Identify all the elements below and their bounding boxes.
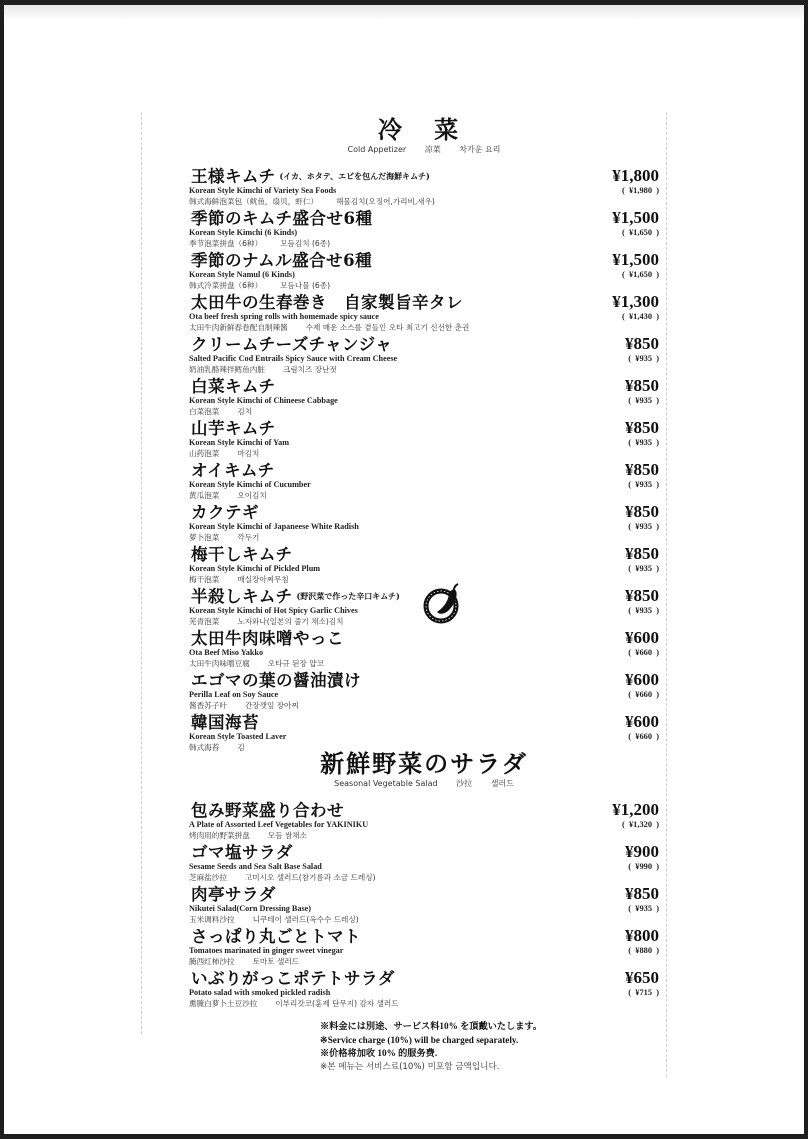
item-name-cn-kr: 太田牛肉味噌豆腐오타규 된장 얍코 bbox=[189, 659, 324, 669]
item-price-with-tax: ( ¥660 ) bbox=[628, 648, 659, 658]
item-name-kr: 이부리갓코(훈제 단무지) 감자 샐러드 bbox=[275, 999, 398, 1008]
item-name-cn-kr: 太田牛肉新鲜春卷配自制辣酱수제 매운 소스를 곁들인 오타 최고기 신선한 춘권 bbox=[189, 323, 469, 333]
item-name-kr: 모듬 쌈채소 bbox=[268, 831, 307, 840]
item-price: ¥800 bbox=[625, 927, 659, 945]
menu-item-1-1: ゴマ塩サラダ Sesame Seeds and Sea Salt Base Sa… bbox=[189, 842, 659, 884]
item-price-with-tax: ( ¥1,430 ) bbox=[622, 312, 659, 322]
item-name-kr: 오이김치 bbox=[237, 491, 266, 500]
item-price: ¥600 bbox=[625, 671, 659, 689]
item-price: ¥1,800 bbox=[612, 167, 659, 185]
item-name-en: Korean Style Kimchi of Yam bbox=[189, 438, 289, 448]
item-note: (イカ、ホタテ、エビを包んだ海鮮キムチ) bbox=[280, 171, 430, 181]
left-guide-line bbox=[141, 112, 142, 1034]
item-name-en: Korean Style Kimchi of Pickled Plum bbox=[189, 564, 320, 574]
item-name-jp-text: 太田牛の生春巻き 自家製旨辛タレ bbox=[191, 293, 463, 312]
item-price-with-tax: ( ¥935 ) bbox=[628, 480, 659, 490]
item-name-en: Perilla Leaf on Soy Sauce bbox=[189, 690, 278, 700]
item-price: ¥900 bbox=[625, 843, 659, 861]
item-name-jp-text: カクテギ bbox=[191, 503, 259, 522]
item-name-jp: カクテギ bbox=[191, 502, 263, 523]
item-price: ¥600 bbox=[625, 629, 659, 647]
item-name-jp: さっぱり丸ごとトマト bbox=[191, 926, 365, 947]
item-name-cn-kr: 黄瓜泡菜오이김치 bbox=[189, 491, 267, 501]
section-title: 新鮮野菜のサラダ bbox=[189, 750, 659, 778]
item-name-en: Korean Style Kimchi of Japaneese White R… bbox=[189, 522, 359, 532]
item-name-kr: 오타규 된장 얍코 bbox=[268, 659, 324, 668]
item-name-cn-kr: 韩式冷菜拼盘（6种）모듬나물 (6종) bbox=[189, 281, 330, 291]
item-name-cn: 芜青泡菜 bbox=[189, 617, 219, 626]
item-price-with-tax: ( ¥990 ) bbox=[628, 862, 659, 872]
item-name-kr: 모듬나물 (6종) bbox=[280, 281, 330, 290]
item-name-en: Korean Style Kimchi of Cucumber bbox=[189, 480, 311, 490]
menu-item-0-7: オイキムチ Korean Style Kimchi of Cucumber 黄瓜… bbox=[189, 460, 659, 502]
item-name-jp-text: 季節のキムチ盛合せ6種 bbox=[191, 209, 373, 228]
item-price-with-tax: ( ¥1,650 ) bbox=[622, 270, 659, 280]
item-name-en: Sesame Seeds and Sea Salt Base Salad bbox=[189, 862, 322, 872]
item-note: (野沢菜で作った辛口キムチ) bbox=[297, 591, 400, 601]
item-name-jp: いぶりがっこポテトサラダ bbox=[191, 968, 399, 989]
item-price-with-tax: ( ¥935 ) bbox=[628, 606, 659, 616]
item-price-with-tax: ( ¥1,320 ) bbox=[622, 820, 659, 830]
item-name-cn: 奶油乳酪辣拌鳕鱼内脏 bbox=[189, 365, 265, 374]
menu-item-1-0: 包み野菜盛り合わせ A Plate of Assorted Leef Veget… bbox=[189, 800, 659, 842]
item-name-jp-text: 王様キムチ bbox=[191, 167, 276, 186]
item-name-cn-kr: 玉米调料沙拉니쿠테이 샐러드(옥수수 드레싱) bbox=[189, 915, 359, 925]
section-subtitle: Seasonal Vegetable Salad 沙拉 샐러드 bbox=[189, 778, 659, 790]
menu-item-1-2: 肉亭サラダ Nikutei Salad(Corn Dressing Base) … bbox=[189, 884, 659, 926]
item-name-kr: 수제 매운 소스를 곁들인 오타 최고기 신선한 춘권 bbox=[306, 323, 470, 332]
item-price: ¥850 bbox=[625, 545, 659, 563]
item-name-jp: 白菜キムチ bbox=[191, 376, 280, 397]
item-name-jp-text: 半殺しキムチ bbox=[191, 587, 293, 606]
menu-item-0-12: エゴマの葉の醤油漬け Perilla Leaf on Soy Sauce 酱香苏… bbox=[189, 670, 659, 712]
item-name-jp-text: さっぱり丸ごとトマト bbox=[191, 927, 361, 946]
item-price: ¥1,200 bbox=[612, 801, 659, 819]
item-name-en: Korean Style Kimchi of Variety Sea Foods bbox=[189, 186, 336, 196]
item-name-cn-kr: 熏腌白萝卜土豆沙拉이부리갓코(훈제 단무지) 감자 샐러드 bbox=[189, 999, 399, 1009]
item-name-jp-text: ゴマ塩サラダ bbox=[191, 843, 293, 862]
item-name-cn-kr: 山药泡菜마김치 bbox=[189, 449, 259, 459]
item-name-en: Potato salad with smoked pickled radish bbox=[189, 988, 330, 998]
item-name-cn: 熏腌白萝卜土豆沙拉 bbox=[189, 999, 257, 1008]
item-name-jp-text: 太田牛肉味噌やっこ bbox=[191, 629, 344, 648]
item-name-en: Tomatoes marinated in ginger sweet vineg… bbox=[189, 946, 343, 956]
item-name-jp-text: 梅干しキムチ bbox=[191, 545, 293, 564]
subtitle-en: Seasonal Vegetable Salad bbox=[334, 779, 437, 788]
item-name-jp: 肉亭サラダ bbox=[191, 884, 280, 905]
item-name-en: Ota beef fresh spring rolls with homemad… bbox=[189, 312, 379, 322]
item-name-cn: 腌西红柿沙拉 bbox=[189, 957, 235, 966]
menu-item-0-13: 韓国海苔 Korean Style Toasted Laver 韩式海苔김 ¥6… bbox=[189, 712, 659, 754]
item-name-cn: 梅干泡菜 bbox=[189, 575, 219, 584]
item-price-with-tax: ( ¥935 ) bbox=[628, 522, 659, 532]
item-price-with-tax: ( ¥660 ) bbox=[628, 690, 659, 700]
item-name-kr: 노자와나(일본의 줄기 채소)김치 bbox=[237, 617, 343, 626]
item-name-jp-text: 肉亭サラダ bbox=[191, 885, 276, 904]
menu-item-0-1: 季節のキムチ盛合せ6種 Korean Style Kimchi (6 Kinds… bbox=[189, 208, 659, 250]
item-name-kr: 마김치 bbox=[237, 449, 259, 458]
menu-item-0-8: カクテギ Korean Style Kimchi of Japaneese Wh… bbox=[189, 502, 659, 544]
page-top-shadow bbox=[4, 5, 804, 21]
item-name-jp-text: エゴマの葉の醤油漬け bbox=[191, 671, 361, 690]
menu-item-0-5: 白菜キムチ Korean Style Kimchi of Chineese Ca… bbox=[189, 376, 659, 418]
item-name-jp: オイキムチ bbox=[191, 460, 279, 481]
item-name-kr: 매실장아찌무침 bbox=[237, 575, 288, 584]
item-name-en: Korean Style Kimchi (6 Kinds) bbox=[189, 228, 297, 238]
item-price-with-tax: ( ¥935 ) bbox=[628, 396, 659, 406]
item-name-cn: 烤肉用的野菜拼盘 bbox=[189, 831, 250, 840]
item-name-cn: 萝卜泡菜 bbox=[189, 533, 219, 542]
item-name-jp: エゴマの葉の醤油漬け bbox=[191, 670, 365, 691]
subtitle-en: Cold Appetizer bbox=[348, 145, 407, 154]
item-name-kr: 해물김치(오징어,가리비,새우) bbox=[336, 197, 435, 206]
section-header-salad: 新鮮野菜のサラダ Seasonal Vegetable Salad 沙拉 샐러드 bbox=[189, 750, 659, 790]
item-name-en: Korean Style Namul (6 Kinds) bbox=[189, 270, 295, 280]
menu-item-0-4: クリームチーズチャンジャ Salted Pacific Cod Entrails… bbox=[189, 334, 659, 376]
item-name-jp-text: 韓国海苔 bbox=[191, 713, 259, 732]
item-name-cn-kr: 芝麻盐沙拉고미시오 샐러드(참기름과 소금 드레싱) bbox=[189, 873, 376, 883]
right-guide-line bbox=[666, 112, 667, 1077]
item-name-kr: 김치 bbox=[237, 407, 252, 416]
section-title: 冷 菜 bbox=[189, 116, 659, 144]
item-name-jp: 半殺しキムチ(野沢菜で作った辛口キムチ) bbox=[191, 586, 400, 607]
item-name-jp: 季節のナムル盛合せ6種 bbox=[191, 250, 376, 271]
item-price: ¥1,300 bbox=[612, 293, 659, 311]
subtitle-kr: 샐러드 bbox=[491, 779, 514, 788]
item-name-cn: 季节泡菜拼盘（6种） bbox=[189, 239, 262, 248]
chili-pepper-icon bbox=[421, 582, 465, 626]
menu-item-0-9: 梅干しキムチ Korean Style Kimchi of Pickled Pl… bbox=[189, 544, 659, 586]
item-price: ¥850 bbox=[625, 335, 659, 353]
item-name-jp-text: クリームチーズチャンジャ bbox=[191, 335, 392, 354]
menu-item-0-2: 季節のナムル盛合せ6種 Korean Style Namul (6 Kinds)… bbox=[189, 250, 659, 292]
item-name-cn-kr: 梅干泡菜매실장아찌무침 bbox=[189, 575, 289, 585]
item-price: ¥850 bbox=[625, 461, 659, 479]
item-price-with-tax: ( ¥715 ) bbox=[628, 988, 659, 998]
item-name-cn: 芝麻盐沙拉 bbox=[189, 873, 227, 882]
item-name-en: Korean Style Toasted Laver bbox=[189, 732, 286, 742]
item-name-kr: 간장깻잎 장아찌 bbox=[245, 701, 299, 710]
item-name-jp: 梅干しキムチ bbox=[191, 544, 297, 565]
item-price-with-tax: ( ¥1,650 ) bbox=[622, 228, 659, 238]
item-name-cn-kr: 酱香苏子叶간장깻잎 장아찌 bbox=[189, 701, 299, 711]
item-price: ¥650 bbox=[625, 969, 659, 987]
item-name-en: Nikutei Salad(Corn Dressing Base) bbox=[189, 904, 311, 914]
item-name-en: A Plate of Assorted Leef Vegetables for … bbox=[189, 820, 368, 830]
item-price-with-tax: ( ¥1,980 ) bbox=[622, 186, 659, 196]
subtitle-cn: 凉菜 bbox=[425, 145, 441, 154]
item-name-kr: 깍두기 bbox=[237, 533, 259, 542]
item-name-cn-kr: 奶油乳酪辣拌鳕鱼内脏크림치즈 장난젓 bbox=[189, 365, 337, 375]
item-name-cn-kr: 白菜泡菜김치 bbox=[189, 407, 252, 417]
section-subtitle: Cold Appetizer 凉菜 차가운 요리 bbox=[189, 144, 659, 156]
item-name-cn-kr: 季节泡菜拼盘（6种）모듬김치 (6종) bbox=[189, 239, 330, 249]
item-name-cn-kr: 芜青泡菜노자와나(일본의 줄기 채소)김치 bbox=[189, 617, 344, 627]
item-name-jp-text: 白菜キムチ bbox=[191, 377, 276, 396]
menu-item-0-11: 太田牛肉味噌やっこ Ota Beef Miso Yakko 太田牛肉味噌豆腐오타… bbox=[189, 628, 659, 670]
item-name-jp-text: 包み野菜盛り合わせ bbox=[191, 801, 344, 820]
service-charge-notes: ※料金には別途、サービス料10% を頂戴いたします。 ※Service char… bbox=[320, 1020, 620, 1074]
item-price: ¥850 bbox=[625, 885, 659, 903]
section-header-cold-appetizer: 冷 菜 Cold Appetizer 凉菜 차가운 요리 bbox=[189, 116, 659, 156]
item-name-kr: 고미시오 샐러드(참기름과 소금 드레싱) bbox=[245, 873, 376, 882]
menu-item-1-3: さっぱり丸ごとトマト Tomatoes marinated in ginger … bbox=[189, 926, 659, 968]
menu-page: 冷 菜 Cold Appetizer 凉菜 차가운 요리 王様キムチ(イカ、ホタ… bbox=[4, 5, 804, 1134]
item-price: ¥1,500 bbox=[612, 209, 659, 227]
item-name-en: Korean Style Kimchi of Chineese Cabbage bbox=[189, 396, 338, 406]
item-name-cn: 白菜泡菜 bbox=[189, 407, 219, 416]
item-name-cn: 山药泡菜 bbox=[189, 449, 219, 458]
item-price: ¥1,500 bbox=[612, 251, 659, 269]
item-name-en: Korean Style Kimchi of Hot Spicy Garlic … bbox=[189, 606, 358, 616]
item-name-jp: ゴマ塩サラダ bbox=[191, 842, 297, 863]
item-name-cn: 黄瓜泡菜 bbox=[189, 491, 219, 500]
note-cn: ※价格将加收 10% 的服务费. bbox=[320, 1047, 620, 1061]
item-name-cn: 酱香苏子叶 bbox=[189, 701, 227, 710]
item-name-cn: 太田牛肉味噌豆腐 bbox=[189, 659, 250, 668]
item-name-jp: 太田牛肉味噌やっこ bbox=[191, 628, 348, 649]
item-name-jp-text: 季節のナムル盛合せ6種 bbox=[191, 251, 372, 270]
subtitle-cn: 沙拉 bbox=[456, 779, 472, 788]
item-name-jp-text: オイキムチ bbox=[191, 461, 275, 480]
item-name-kr: 크림치즈 장난젓 bbox=[283, 365, 337, 374]
item-name-jp-text: いぶりがっこポテトサラダ bbox=[191, 969, 395, 988]
item-price-with-tax: ( ¥935 ) bbox=[628, 564, 659, 574]
menu-item-1-4: いぶりがっこポテトサラダ Potato salad with smoked pi… bbox=[189, 968, 659, 1010]
subtitle-kr: 차가운 요리 bbox=[459, 145, 500, 154]
note-jp: ※料金には別途、サービス料10% を頂戴いたします。 bbox=[320, 1020, 620, 1034]
item-name-jp-text: 山芋キムチ bbox=[191, 419, 276, 438]
item-name-cn-kr: 烤肉用的野菜拼盘모듬 쌈채소 bbox=[189, 831, 307, 841]
menu-item-0-0: 王様キムチ(イカ、ホタテ、エビを包んだ海鮮キムチ) Korean Style K… bbox=[189, 166, 659, 208]
item-price: ¥850 bbox=[625, 587, 659, 605]
item-name-jp: 季節のキムチ盛合せ6種 bbox=[191, 208, 377, 229]
item-name-kr: 토마토 샐러드 bbox=[253, 957, 299, 966]
menu-item-0-10: 半殺しキムチ(野沢菜で作った辛口キムチ) Korean Style Kimchi… bbox=[189, 586, 659, 628]
menu-item-0-3: 太田牛の生春巻き 自家製旨辛タレ Ota beef fresh spring r… bbox=[189, 292, 659, 334]
item-price-with-tax: ( ¥660 ) bbox=[628, 732, 659, 742]
item-name-jp: 包み野菜盛り合わせ bbox=[191, 800, 348, 821]
item-name-jp: 山芋キムチ bbox=[191, 418, 280, 439]
note-kr: ※본 메뉴는 서비스료(10%) 미포함 금액입니다. bbox=[320, 1061, 620, 1075]
item-name-cn: 韩式海鲜泡菜包（鱿鱼，扇贝，虾仁） bbox=[189, 197, 318, 206]
item-name-cn-kr: 萝卜泡菜깍두기 bbox=[189, 533, 259, 543]
item-price-with-tax: ( ¥935 ) bbox=[628, 438, 659, 448]
item-name-jp: クリームチーズチャンジャ bbox=[191, 334, 396, 355]
item-name-cn: 韩式冷菜拼盘（6种） bbox=[189, 281, 262, 290]
item-name-en: Salted Pacific Cod Entrails Spicy Sauce … bbox=[189, 354, 397, 364]
item-name-kr: 니쿠테이 샐러드(옥수수 드레싱) bbox=[253, 915, 359, 924]
item-price: ¥850 bbox=[625, 419, 659, 437]
item-name-kr: 모듬김치 (6종) bbox=[280, 239, 330, 248]
item-price-with-tax: ( ¥880 ) bbox=[628, 946, 659, 956]
item-name-cn: 太田牛肉新鲜春卷配自制辣酱 bbox=[189, 323, 288, 332]
item-name-cn: 玉米调料沙拉 bbox=[189, 915, 235, 924]
item-price-with-tax: ( ¥935 ) bbox=[628, 354, 659, 364]
item-name-cn-kr: 韩式海鲜泡菜包（鱿鱼，扇贝，虾仁）해물김치(오징어,가리비,새우) bbox=[189, 197, 435, 207]
item-name-cn-kr: 腌西红柿沙拉토마토 샐러드 bbox=[189, 957, 299, 967]
item-price: ¥850 bbox=[625, 377, 659, 395]
item-name-jp: 王様キムチ(イカ、ホタテ、エビを包んだ海鮮キムチ) bbox=[191, 166, 430, 187]
item-price: ¥850 bbox=[625, 503, 659, 521]
menu-item-0-6: 山芋キムチ Korean Style Kimchi of Yam 山药泡菜마김치… bbox=[189, 418, 659, 460]
item-name-jp: 韓国海苔 bbox=[191, 712, 263, 733]
note-en: ※Service charge (10%) will be charged se… bbox=[320, 1034, 620, 1048]
item-name-jp: 太田牛の生春巻き 自家製旨辛タレ bbox=[191, 292, 467, 313]
item-price: ¥600 bbox=[625, 713, 659, 731]
item-name-en: Ota Beef Miso Yakko bbox=[189, 648, 263, 658]
item-price-with-tax: ( ¥935 ) bbox=[628, 904, 659, 914]
